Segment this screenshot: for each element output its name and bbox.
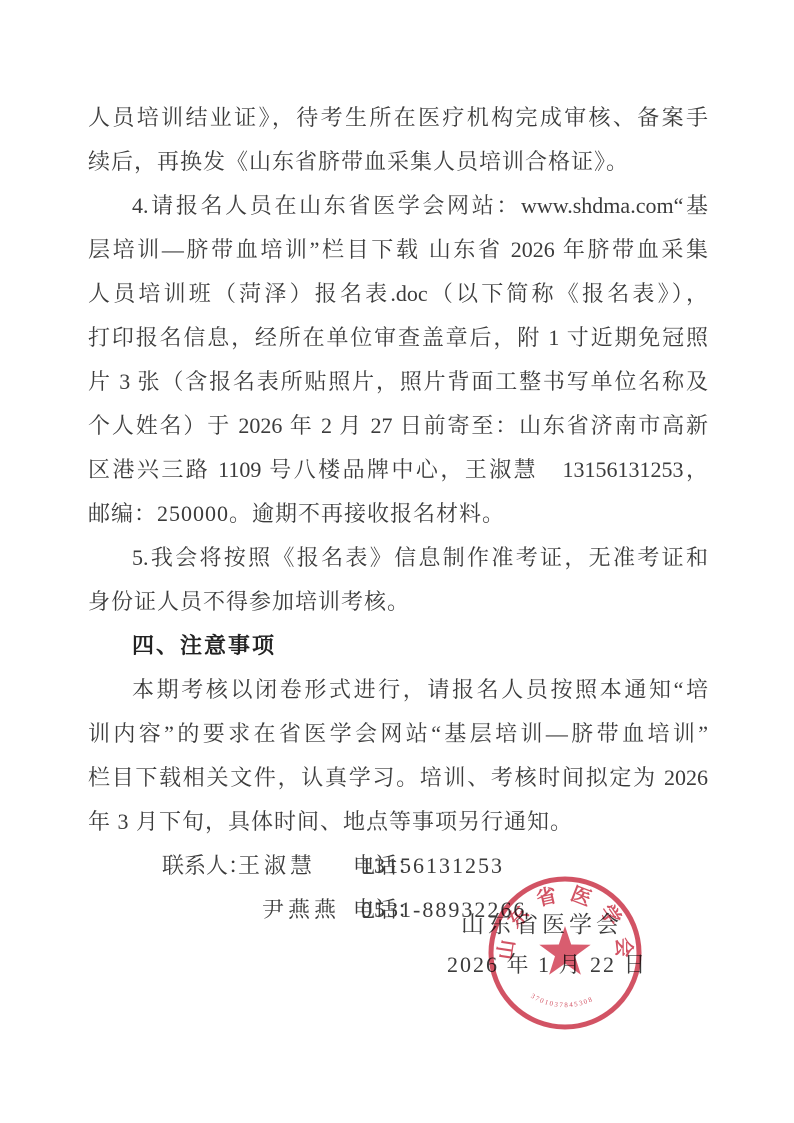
official-seal: 山东省医学会 3701037845308 [478, 866, 652, 1040]
body-line: 人员培训结业证》，待考生所在医疗机构完成审核、备案手 [88, 96, 708, 140]
contact-name: 王淑慧 [238, 844, 316, 888]
body-line: 片 3 张（含报名表所贴照片，照片背面工整书写单位名称及 [88, 360, 708, 404]
contact-label: 联系人： [162, 844, 250, 888]
document-page: 人员培训结业证》，待考生所在医疗机构完成审核、备案手 续后，再换发《山东省脐带血… [0, 0, 794, 1123]
body-line: 续后，再换发《山东省脐带血采集人员培训合格证》。 [88, 140, 708, 184]
body-line: 本期考核以闭卷形式进行，请报名人员按照本通知“培 [88, 668, 708, 712]
contact-name: 尹燕燕 [262, 888, 340, 932]
contact-phone-label: 电话： [353, 888, 419, 932]
body-line: 训内容”的要求在省医学会网站“基层培训—脐带血培训” [88, 712, 708, 756]
document-body: 人员培训结业证》，待考生所在医疗机构完成审核、备案手 续后，再换发《山东省脐带血… [88, 96, 708, 932]
body-line: 人员培训班（菏泽）报名表.doc（以下简称《报名表》）， [88, 272, 708, 316]
body-line: 5.我会将按照《报名表》信息制作准考证，无准考证和 [88, 536, 708, 580]
section-heading: 四、注意事项 [88, 624, 708, 668]
body-line: 层培训—脐带血培训”栏目下载 山东省 2026 年脐带血采集 [88, 228, 708, 272]
body-line: 身份证人员不得参加培训考核。 [88, 580, 708, 624]
body-line: 4.请报名人员在山东省医学会网站：www.shdma.com“基 [88, 184, 708, 228]
body-line: 区港兴三路 1109 号八楼品牌中心，王淑慧 13156131253， [88, 448, 708, 492]
seal-star-icon [539, 926, 590, 975]
body-line: 个人姓名）于 2026 年 2 月 27 日前寄至：山东省济南市高新 [88, 404, 708, 448]
body-line: 栏目下载相关文件，认真学习。培训、考核时间拟定为 2026 [88, 756, 708, 800]
contact-phone-label: 电话： [353, 844, 419, 888]
body-line: 年 3 月下旬，具体时间、地点等事项另行通知。 [88, 800, 708, 844]
body-line: 打印报名信息，经所在单位审查盖章后，附 1 寸近期免冠照 [88, 316, 708, 360]
seal-code-text: 3701037845308 [529, 992, 594, 1009]
body-line: 邮编：250000。逾期不再接收报名材料。 [88, 492, 708, 536]
